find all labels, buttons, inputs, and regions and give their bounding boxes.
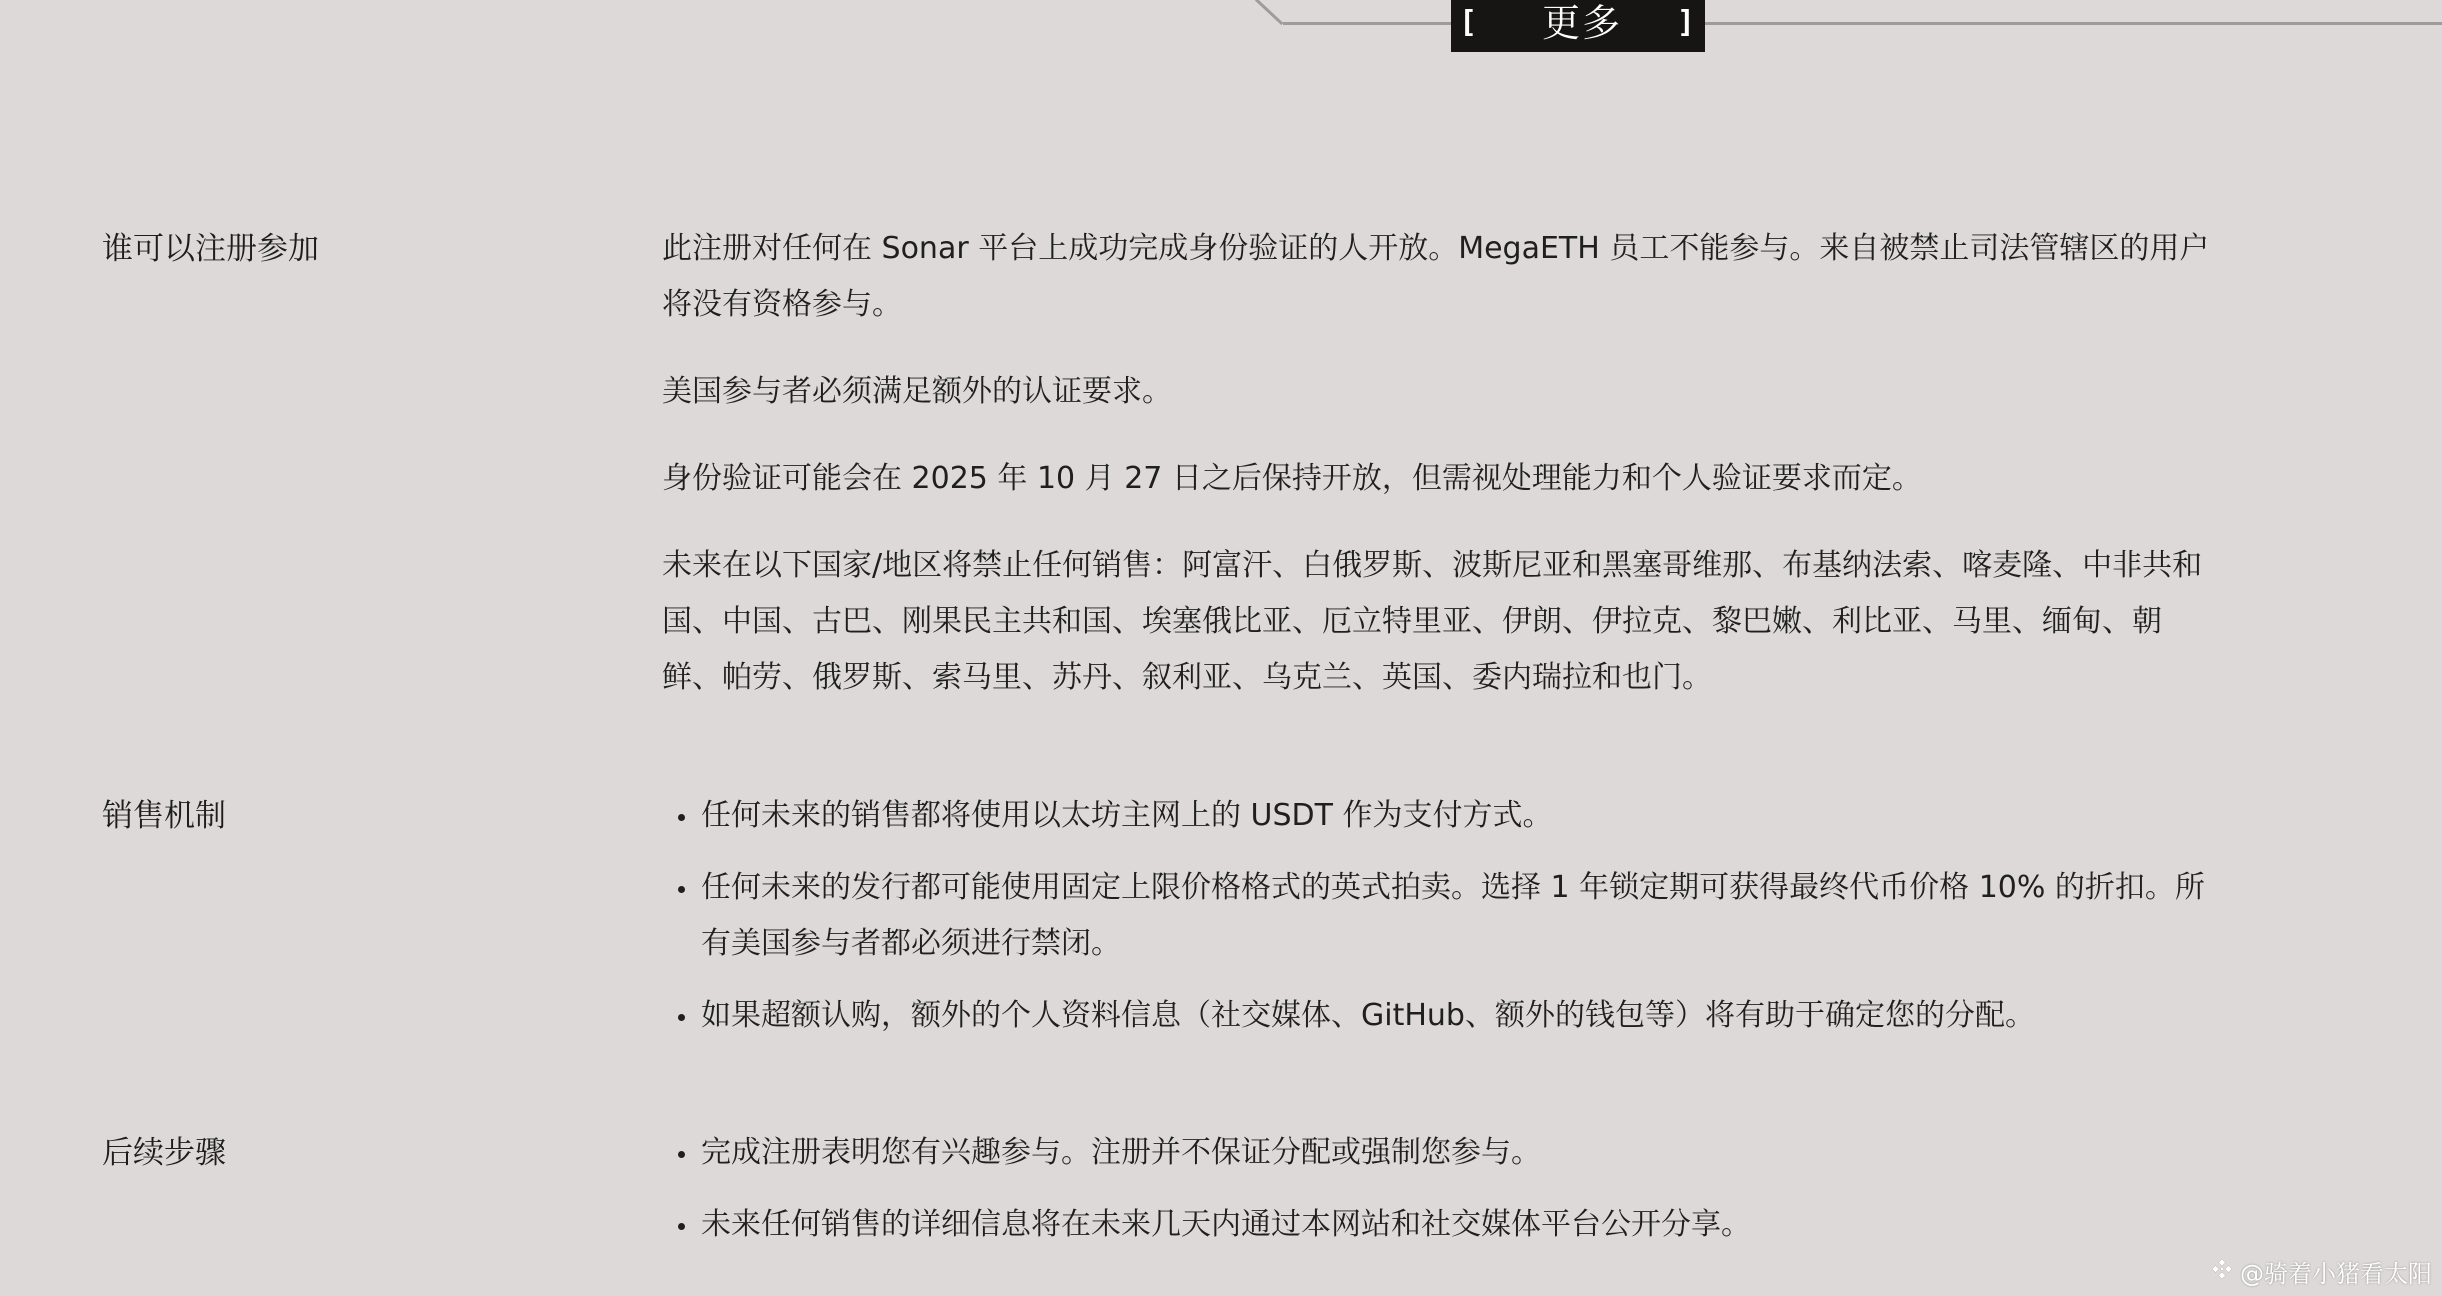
decorative-diagonal-line [1255, 0, 1283, 25]
list-item: 完成注册表明您有兴趣参与。注册并不保证分配或强制您参与。 [662, 1125, 2214, 1181]
section-body: 完成注册表明您有兴趣参与。注册并不保证分配或强制您参与。 未来任何销售的详细信息… [662, 1125, 2214, 1269]
bracket-right: ] [1677, 8, 1695, 38]
list-item: 未来任何销售的详细信息将在未来几天内通过本网站和社交媒体平台公开分享。 [662, 1197, 2214, 1253]
paragraph: 此注册对任何在 Sonar 平台上成功完成身份验证的人开放。MegaETH 员工… [662, 221, 2214, 333]
section-body: 此注册对任何在 Sonar 平台上成功完成身份验证的人开放。MegaETH 员工… [662, 221, 2214, 706]
section-label: 销售机制 [102, 788, 226, 844]
section-label: 谁可以注册参加 [102, 221, 319, 277]
watermark-text: @骑着小猪看太阳 [2240, 1254, 2432, 1289]
bullet-list: 完成注册表明您有兴趣参与。注册并不保证分配或强制您参与。 未来任何销售的详细信息… [662, 1125, 2214, 1253]
list-item: 任何未来的发行都可能使用固定上限价格格式的英式拍卖。选择 1 年锁定期可获得最终… [662, 860, 2214, 972]
more-button-label: 更多 [1542, 4, 1622, 42]
page: [ 更多 ] 谁可以注册参加 此注册对任何在 Sonar 平台上成功完成身份验证… [0, 0, 2442, 1296]
paragraph: 身份验证可能会在 2025 年 10 月 27 日之后保持开放，但需视处理能力和… [662, 451, 2214, 507]
binance-logo-icon [2210, 1257, 2234, 1287]
watermark: @骑着小猪看太阳 [2210, 1254, 2432, 1289]
paragraph: 美国参与者必须满足额外的认证要求。 [662, 364, 2214, 420]
section-label: 后续步骤 [102, 1125, 226, 1181]
list-item: 任何未来的销售都将使用以太坊主网上的 USDT 作为支付方式。 [662, 788, 2214, 844]
section-body: 任何未来的销售都将使用以太坊主网上的 USDT 作为支付方式。 任何未来的发行都… [662, 788, 2214, 1060]
bullet-list: 任何未来的销售都将使用以太坊主网上的 USDT 作为支付方式。 任何未来的发行都… [662, 788, 2214, 1044]
bracket-left: [ [1459, 8, 1477, 38]
more-button[interactable]: [ 更多 ] [1451, 0, 1705, 52]
paragraph: 未来在以下国家/地区将禁止任何销售：阿富汗、白俄罗斯、波斯尼亚和黑塞哥维那、布基… [662, 538, 2214, 706]
list-item: 如果超额认购，额外的个人资料信息（社交媒体、GitHub、额外的钱包等）将有助于… [662, 988, 2214, 1044]
